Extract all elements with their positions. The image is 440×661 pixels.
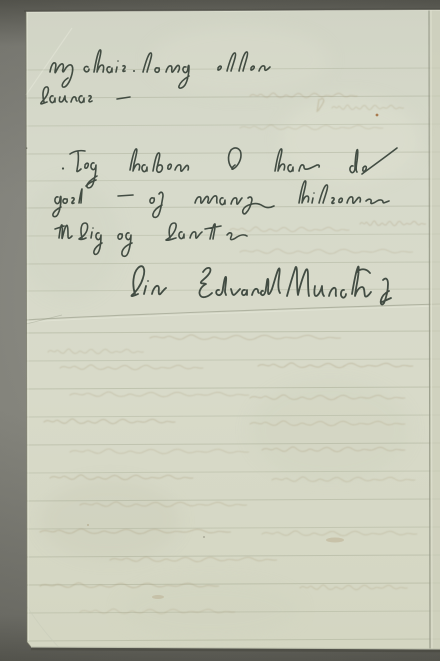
rust-speck [376,114,379,117]
ink-dot [133,70,135,72]
ink-dot [313,192,315,194]
smudge [326,538,344,543]
smudge [152,595,164,599]
dash-mark [118,195,133,196]
ink-dot [62,167,64,169]
second-leaf-edge [429,10,440,650]
scanned-letter: ny chaiselong eller Lauras – Jeg haaber … [0,0,440,661]
ink-dot [92,227,94,229]
ink-dot [147,280,149,282]
speck [87,524,89,526]
letter-scan-svg [0,0,440,661]
edge-speck [24,326,26,328]
speck [203,536,205,538]
ink-dot [117,60,119,62]
